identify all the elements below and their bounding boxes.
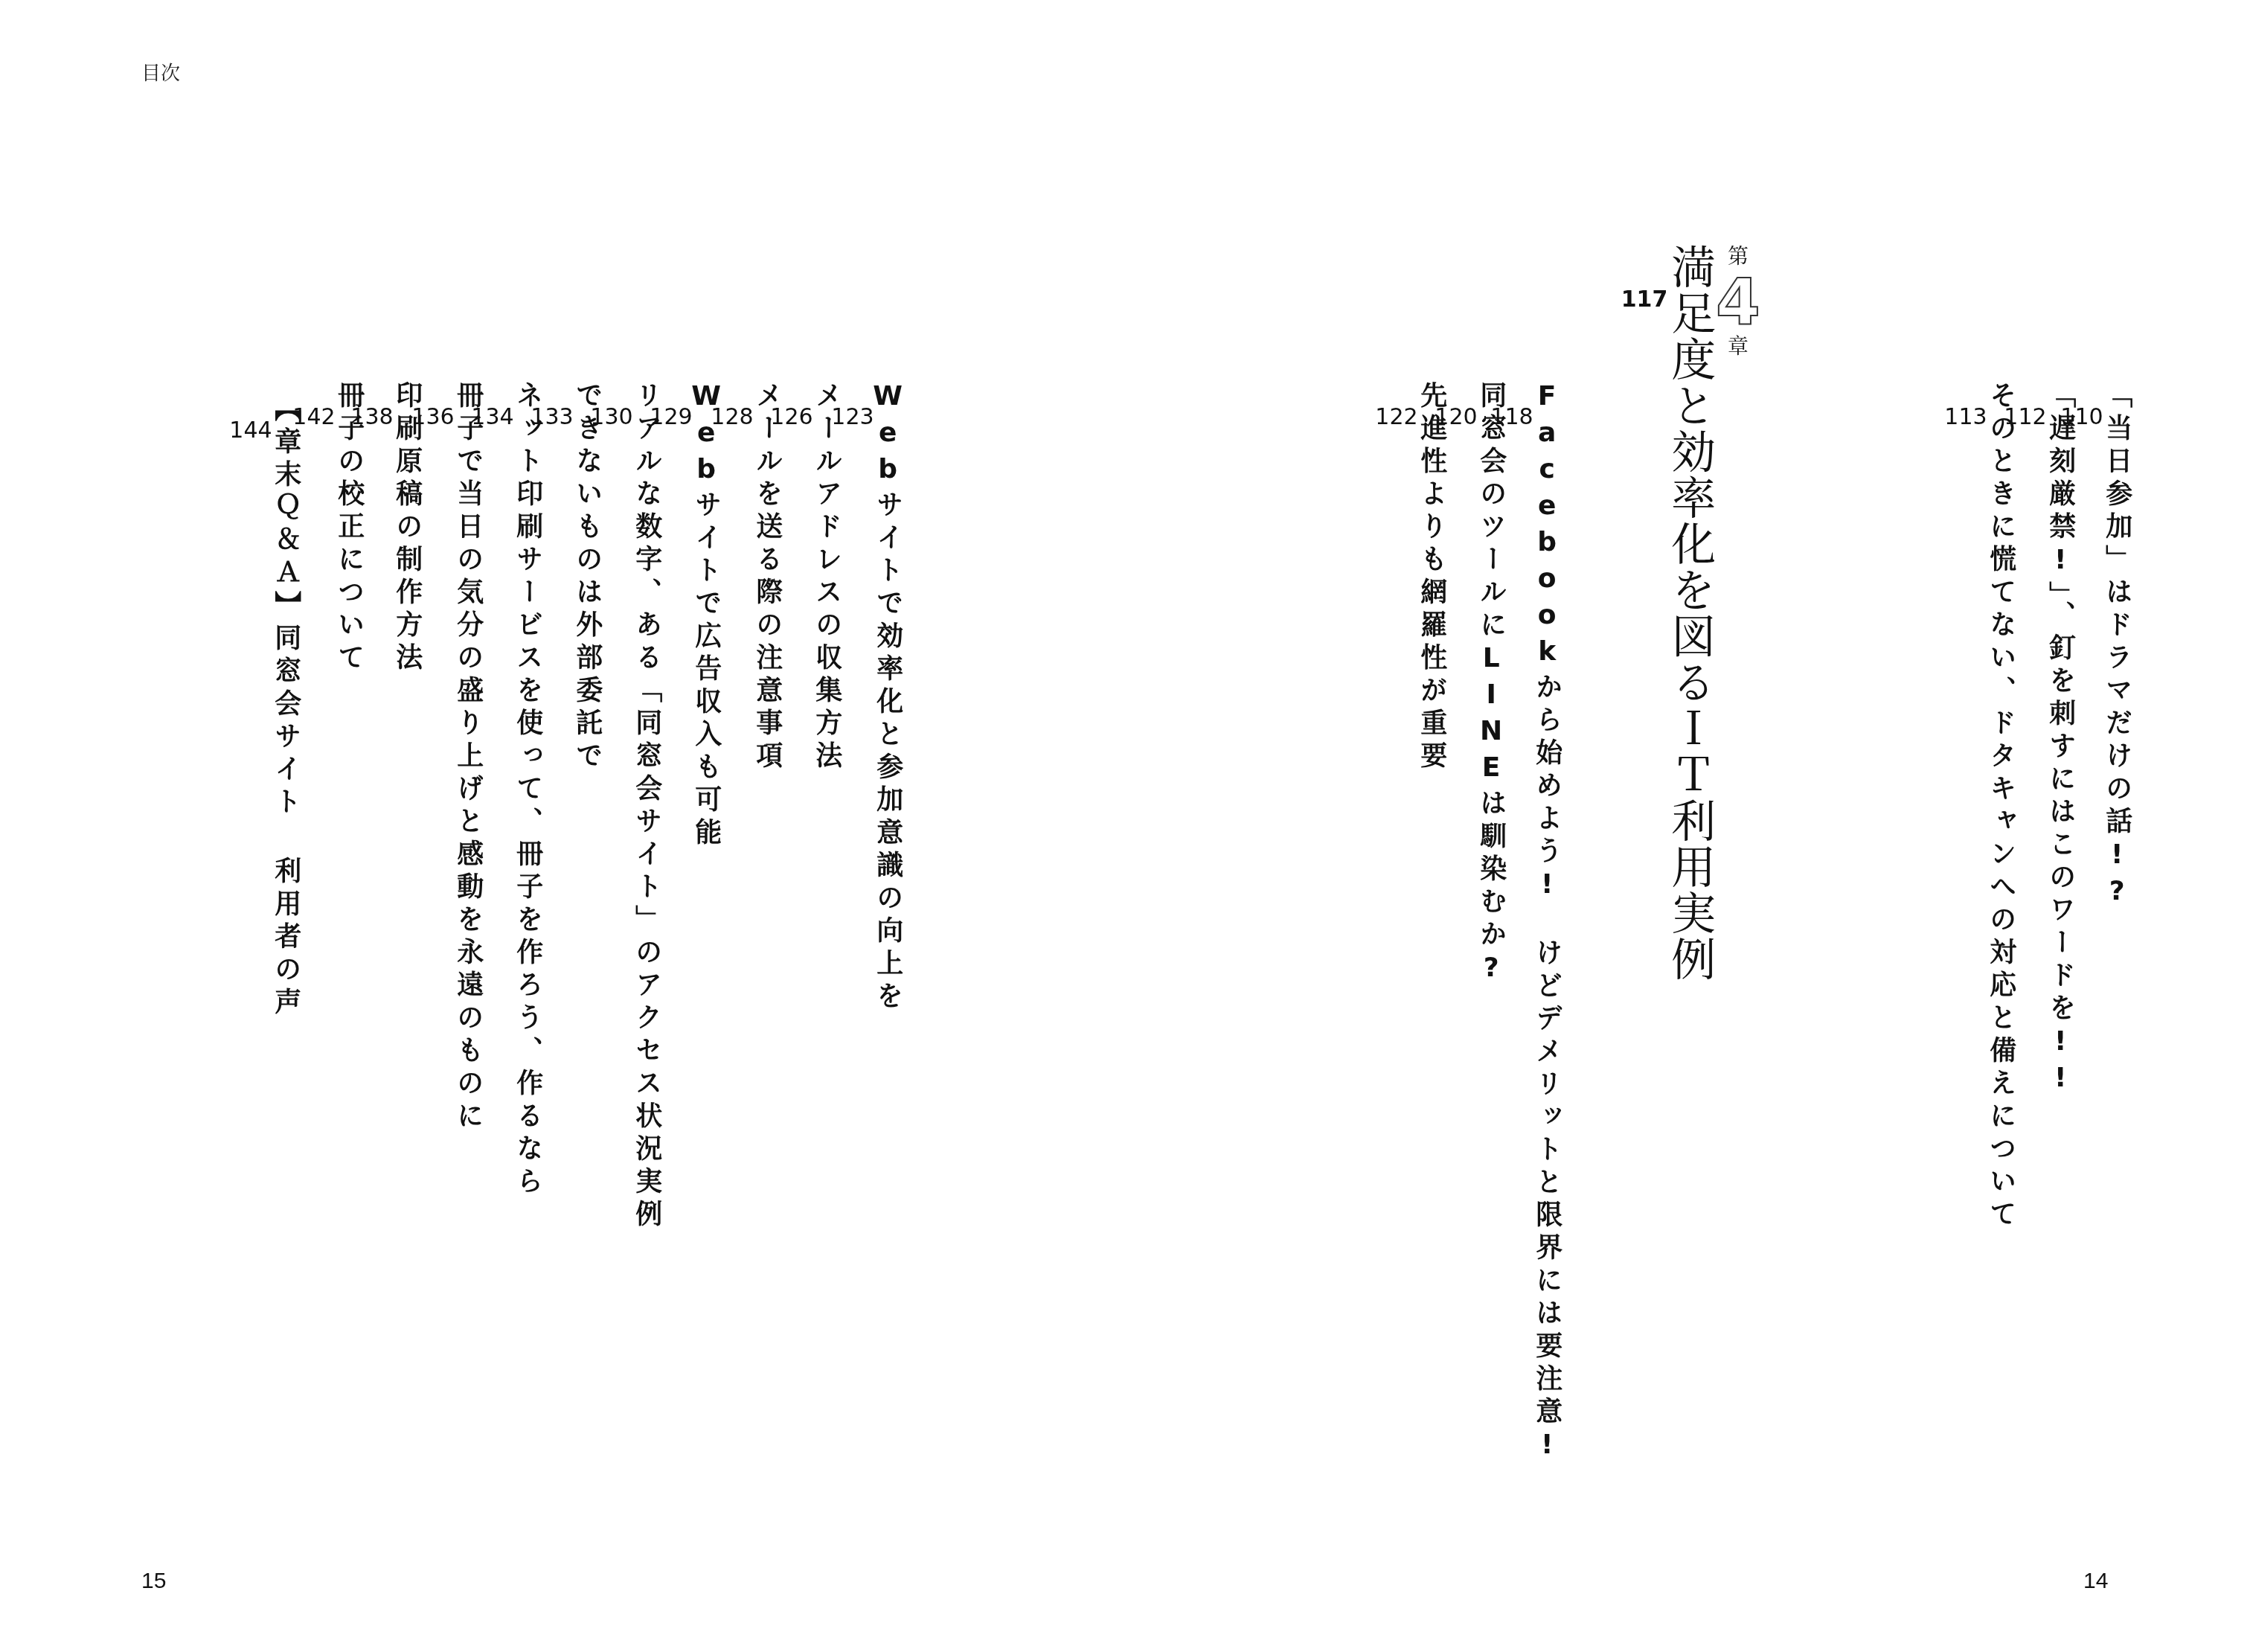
entry-title: そのときに慌てない、ドタキャンへの対応と備えについて: [1987, 381, 2014, 1232]
toc-entry[interactable]: そのときに慌てない、ドタキャンへの対応と備えについて 113: [1944, 381, 2013, 1232]
chapter-number: 4: [1716, 270, 1760, 334]
entry-page-number: 113: [1944, 406, 1987, 1232]
chapter-number-badge: 第 4 章: [1716, 246, 1760, 359]
toc-entry-qa[interactable]: 【章末Ｑ＆Ａ】同窓会サイト 利用者の声 144: [229, 394, 298, 1020]
entry-title: ネット印刷サービスを使って、冊子を作ろう、作るなら: [514, 381, 541, 1200]
toc-entry[interactable]: 先進性よりも網羅性が重要 122: [1375, 381, 1444, 774]
entry-title: 同窓会のツールにLINEは馴染むか?: [1478, 381, 1504, 989]
entry-title: 【章末Ｑ＆Ａ】同窓会サイト 利用者の声: [272, 394, 299, 1020]
entry-title: できないものは外部委託で: [574, 381, 600, 774]
entry-title: 先進性よりも網羅性が重要: [1418, 381, 1445, 774]
entry-page-number: 144: [229, 420, 272, 1020]
entry-title: Webサイトで効率化と参加意識の向上を: [874, 381, 901, 1014]
page-number-right: 14: [2083, 1569, 2108, 1594]
entry-page-number: 122: [1375, 406, 1417, 774]
entry-title: リアルな数字、ある「同窓会サイト」のアクセス状況実例: [633, 381, 660, 1232]
entry-title: メールを送る際の注意事項: [754, 381, 781, 774]
entry-title: Webサイトで広告収入も可能: [693, 381, 719, 851]
page-number-left: 15: [141, 1569, 166, 1594]
chapter-page-number: 117: [1621, 289, 1668, 982]
chapter-title: 満足度と効率化を図るＩＴ利用実例: [1664, 244, 1716, 982]
entry-title: Facebookから始めよう! けどデメリットと限界には要注意!: [1533, 381, 1560, 1466]
toc-entry[interactable]: 冊子の校正について 142: [292, 381, 362, 676]
running-head: 目次: [141, 58, 180, 86]
entry-title: 「遅刻厳禁!」、釘を刺すにはこのワードを!!: [2047, 381, 2074, 1099]
entry-title: 冊子の校正について: [336, 381, 362, 676]
entry-title: メールアドレスの収集方法: [813, 381, 840, 774]
chapter-heading[interactable]: 満足度と効率化を図るＩＴ利用実例 117: [1621, 244, 1713, 982]
entry-title: 「当日参加」はドラマだけの話!?: [2103, 381, 2130, 912]
entry-title: 冊子で当日の気分の盛り上げと感動を永遠のものに: [455, 381, 481, 1134]
entry-title: 印刷原稿の制作方法: [394, 381, 420, 676]
